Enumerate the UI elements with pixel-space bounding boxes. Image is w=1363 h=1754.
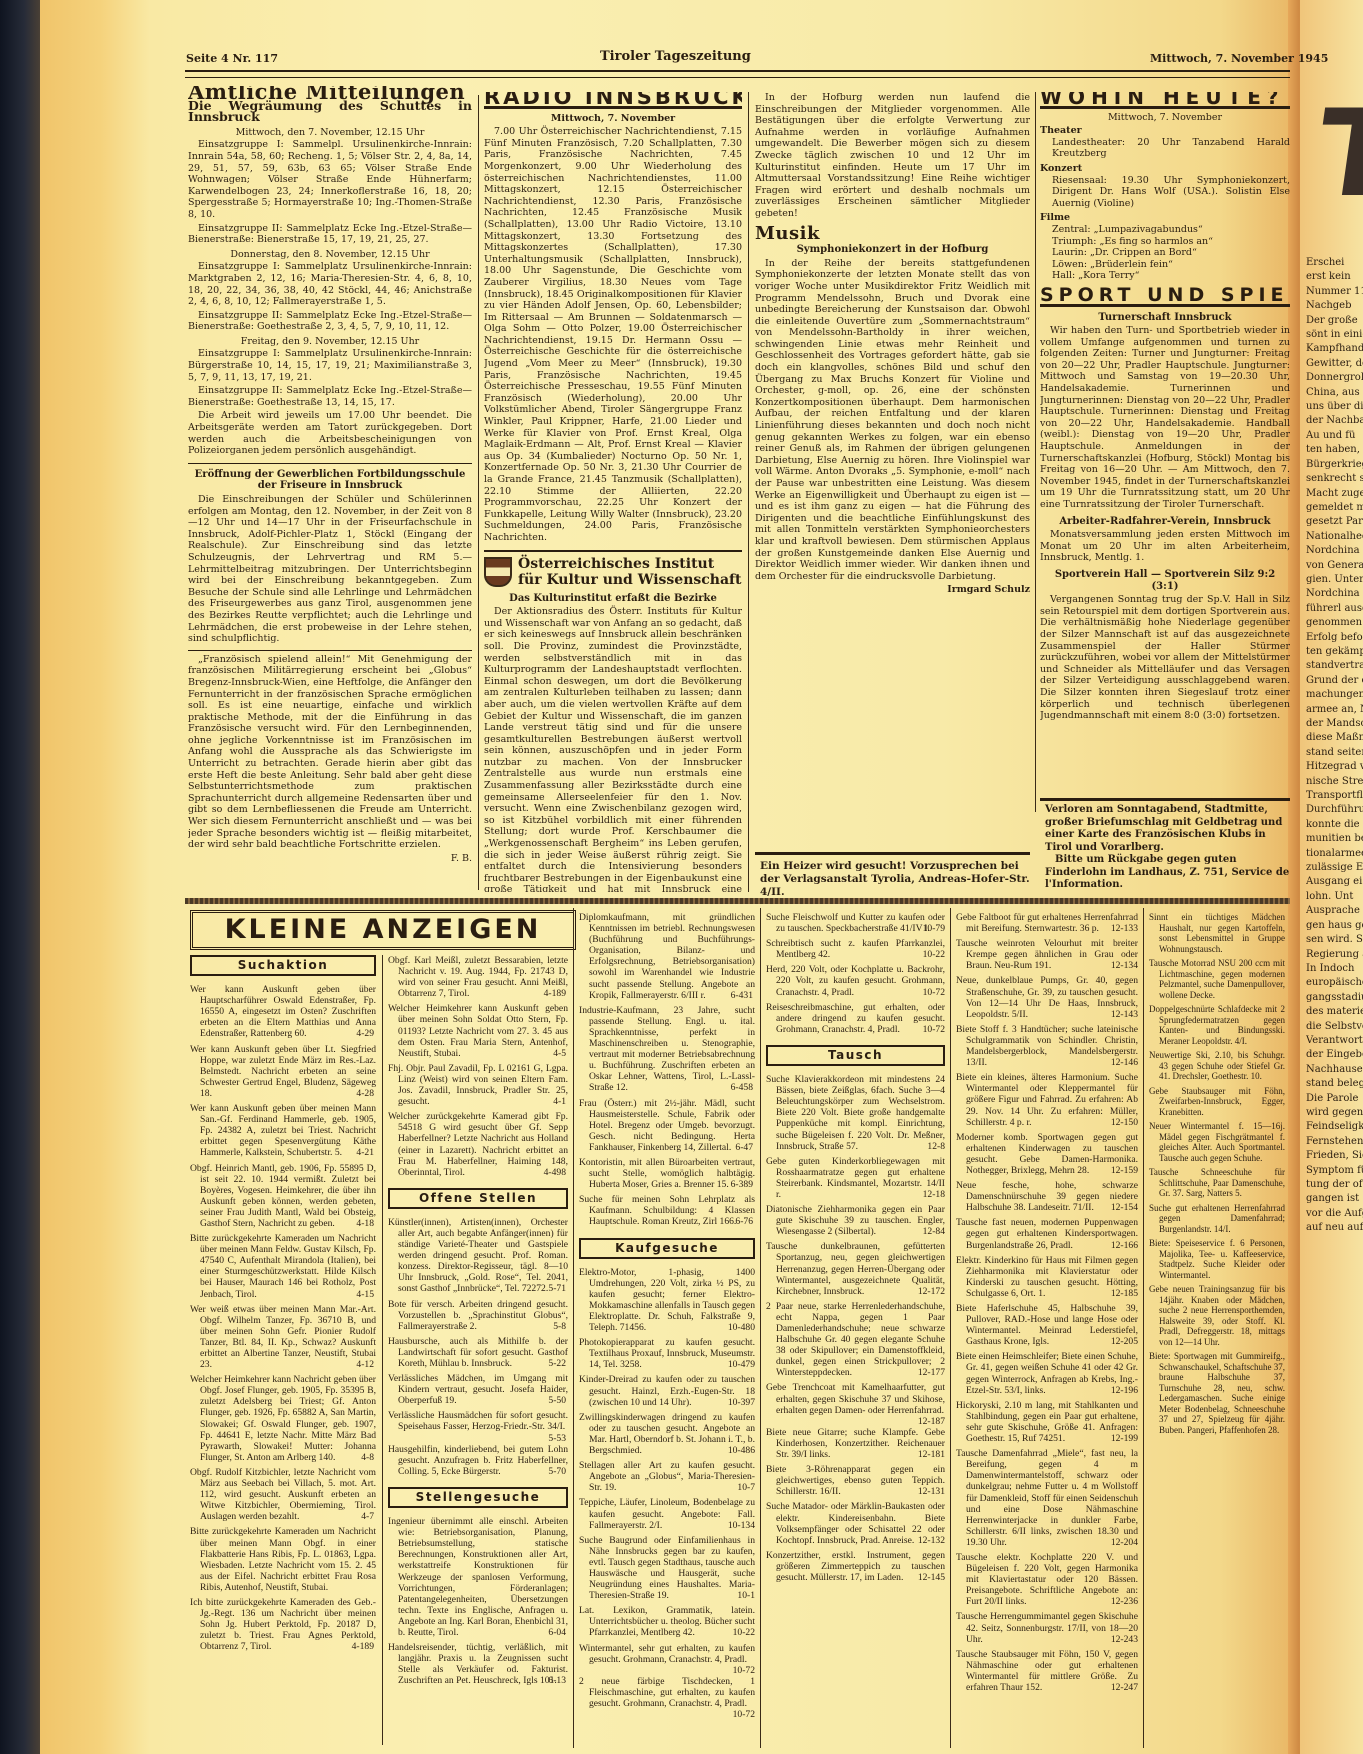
next-page-line: munitien be [1306,832,1363,846]
next-page-line: Ausprache a [1306,904,1363,918]
ad-list: Obgf. Karl Meißl, zuletzt Bessarabien, l… [388,955,568,1182]
ad-text: Welcher zurückgekehrte Kamerad gibt Fp. … [388,1111,568,1177]
next-page-line: der Mandschu [1306,717,1363,731]
column-kultur: In der Hofburg werden nun laufend die Ei… [755,92,1030,842]
header-rule [185,70,1290,78]
classified-ad: Bote für versch. Arbeiten dringend gesuc… [388,1299,568,1332]
ad-text: Wer kann Auskunft geben über Lt. Siegfri… [190,1044,376,1099]
ad-code: 4-28 [366,1088,376,1099]
next-page-line: stand seitens [1306,746,1363,760]
ad-text: Suche Fleischwolf und Kutter zu kaufen o… [766,912,945,934]
ad-code: 10-72 [933,987,945,998]
classified-ad: Obgf. Rudolf Kitzbichler, letzte Nachric… [190,1467,376,1522]
article-paragraph: Der Aktionsradius des Österr. Instituts … [484,606,742,892]
ad-text: 2 Paar neue, starke Herrenlederhandschuh… [766,1301,945,1379]
column-divider [478,95,479,890]
ad-text: Verlässliches Mädchen, im Umgang mit Kin… [388,1373,568,1406]
ad-code: 10-22 [743,1627,755,1638]
next-page-line: wird gegenw [1306,1106,1363,1120]
ad-code: 6-13 [558,1675,568,1686]
ad-code: 6-389 [741,1179,755,1190]
next-page-line: gen haus ge [1306,919,1363,933]
ad-text: Sinnt ein tüchtiges Mädchen Haushalt, nu… [1149,912,1285,954]
column-divider [1035,92,1036,812]
next-page-line: europäische [1306,976,1363,990]
next-page-line: Macht zugeg [1306,487,1363,501]
ad-code: 12-145 [928,1572,945,1583]
ad-list: Elektro-Motor, 1-phasig, 1400 Umdrehunge… [579,1267,755,1721]
article-paragraph: In der Hofburg werden nun laufend die Ei… [755,92,1030,220]
classifieds-col-1: Suchaktion Wer kann Auskunft geben über … [190,955,376,1745]
ad-code: 10-1 [747,1590,755,1601]
ad-code: 5-22 [558,1358,568,1369]
column-divider [1143,908,1144,1748]
ad-code: 4-7 [371,1511,376,1522]
next-page-line: Nordchina ge [1306,544,1363,558]
ad-text: Ingenieur übernimmt alle einschl. Arbeit… [388,1516,568,1638]
classified-ad: Reiseschreibmaschine, gut erhalten, oder… [766,1002,945,1035]
ad-code: 5-71 [558,1283,568,1294]
ad-code: 4-29 [366,1028,376,1039]
ad-code: 5-70 [558,1466,568,1477]
ad-list: Sinnt ein tüchtiges Mädchen Haushalt, nu… [1149,912,1285,1435]
classified-ad: Suche für meinen Sohn Lehrplatz als Kauf… [579,1194,755,1227]
classified-ad: Gebe guten Kinderkorbliegewagen mit Ross… [766,1156,945,1200]
schedule-group: Einsatzgruppe II: Sammelplatz Ecke Ing.-… [188,385,472,408]
next-page-line: Fernstehenden [1306,1135,1363,1149]
classified-ad: Photokopierapparat zu kaufen gesucht. Te… [579,1337,755,1370]
rule [755,852,1030,855]
ad-code: 6-04 [558,1627,568,1638]
film-listing: Laurin: „Dr. Crippen an Bord“ [1052,247,1290,259]
section-title: SPORT UND SPIEL [1040,290,1290,307]
classified-ad: Tausche Damenfahrrad „Miele“, fast neu, … [956,1448,1138,1548]
ad-text: Industrie-Kaufmann, 23 Jahre, sucht pass… [579,1005,755,1094]
column-divider [950,908,951,1748]
next-page-line: erst kein [1306,270,1363,284]
classified-ad: Hickoryski, 2.10 m lang, mit Stahlkanten… [956,1400,1138,1444]
article-signature: F. B. [188,853,472,865]
ad-code: 10-397 [738,1397,755,1408]
classified-ad: Neue, dunkelblaue Pumps, Gr. 40, gegen S… [956,975,1138,1019]
category-title: Kaufgesuche [579,1238,755,1259]
film-listing: Löwen: „Brüderlein fein“ [1052,259,1290,271]
ad-code: 4-498 [554,1167,568,1178]
page-number: Seite 4 Nr. 117 [186,52,278,65]
classifieds-col-5: Gebe Faltboot für gut erhaltenes Herrenf… [956,912,1138,1747]
ad-list: Ingenieur übernimmt alle einschl. Arbeit… [388,1516,568,1690]
schedule-date: Donnerstag, den 8. November, 12.15 Uhr [188,249,472,261]
next-page-line: In Indoch [1306,962,1363,976]
next-page-line: Hitzegrad vo [1306,760,1363,774]
column-radio: RADIO INNSBRUCK Mittwoch, 7. November 7.… [484,92,742,892]
classified-ad: Bitte zurückgekehrte Kameraden um Nachri… [190,1526,376,1593]
ad-list: Wer kann Auskunft geben über Hauptscharf… [190,984,376,1656]
ad-code: 6-47 [745,1142,755,1153]
classified-ad: Biete ein kleines, älteres Harmonium. Su… [956,1072,1138,1127]
next-page-line: sen wird. Se [1306,933,1363,947]
ad-code: 12-199 [1121,1433,1138,1444]
next-page-line: lohn. Unt [1306,890,1363,904]
next-page-line: genommen w [1306,616,1363,630]
ad-text: Wer kann Auskunft geben über Hauptscharf… [190,984,376,1039]
classifieds-col-2: Obgf. Karl Meißl, zuletzt Bessarabien, l… [388,955,568,1745]
classified-ad: Wintermantel, sehr gut erhalten, zu kauf… [579,1643,755,1665]
next-page-line: armee an, N [1306,703,1363,717]
ad-code: 10-480 [738,1322,755,1333]
ad-code: 10-72 [933,1024,945,1035]
listing: Landestheater: 20 Uhr Tanzabend Harald K… [1040,137,1290,160]
ad-text: Verlässliche Hausmädchen für sofort gesu… [388,1410,568,1432]
next-page-line: Kampfhandlu [1306,342,1363,356]
classified-ad: 2 neue färbige Tischdecken, 1 Fleischmas… [579,1676,755,1709]
ad-text: 2 neue färbige Tischdecken, 1 Fleischmas… [579,1676,755,1709]
book-binding [0,0,40,1754]
film-list: Zentral: „Lumpazivagabundus“Triumph: „Es… [1040,224,1290,282]
column-divider [760,908,761,1748]
ad-code: 10-479 [738,1359,755,1370]
classifieds-col-6: Sinnt ein tüchtiges Mädchen Haushalt, nu… [1149,912,1285,1612]
ad-code: 12-159 [1121,1165,1138,1176]
ad-code: 4-189 [554,988,568,999]
classified-ad: Welcher zurückgekehrte Kamerad gibt Fp. … [388,1111,568,1178]
next-page-line: Frieden, Sie [1306,1149,1363,1163]
classified-ad: Frau (Österr.) mit 2½-jähr. Mädl, sucht … [579,1098,755,1153]
classified-ad: Verlässliche Hausmädchen für sofort gesu… [388,1410,568,1432]
next-page-line: Bürgerkrieg [1306,458,1363,472]
ad-text: Fhj. Objr. Paul Zavadil, Fp. L 02161 G, … [388,1063,568,1107]
ad-code: 12-172 [928,1286,945,1297]
article-headline: Die Wegräumung des Schuttes in Innsbruck [188,100,472,123]
section-title: WOHIN HEUTE? [1040,92,1290,109]
ad-code: 12-150 [1121,1117,1138,1128]
article-headline: Eröffnung der Gewerblichen Fortbildungss… [188,469,472,492]
classified-ad: Diatonische Ziehharmonika gegen ein Paar… [766,1204,945,1237]
category-label: Theater [1040,125,1290,137]
ad-text: Gebe Staubsauger mit Föhn, Zweifarben-In… [1149,1086,1285,1117]
schedule-group: Einsatzgruppe I: Sammelpl. Ursulinenkirc… [188,139,472,220]
ad-code: 12-236 [1121,1596,1138,1607]
category-label: Konzert [1040,163,1290,175]
ad-code: 12-243 [1121,1634,1138,1645]
classified-ad: Tausche elektr. Kochplatte 220 V. und Bü… [956,1552,1138,1607]
next-page-line: Nachhause zu [1306,1063,1363,1077]
classified-ad: Elektr. Kinderkino für Haus mit Filmen g… [956,1255,1138,1299]
next-page-line: Nationalheere [1306,530,1363,544]
column-wohin-heute: WOHIN HEUTE? Mittwoch, 7. November Theat… [1040,92,1290,897]
next-page-line: nische Streit [1306,775,1363,789]
ad-text: Bitte zurückgekehrte Kameraden um Nachri… [190,1233,376,1299]
next-page-line: stand beleg [1306,1077,1363,1091]
classified-ad: Suche gut erhaltenen Herrenfahrrad gegen… [1149,1203,1285,1235]
next-page-text: Erscheierst keinNummer 11NachgebDer groß… [1306,256,1363,1236]
next-page-line: Feindseligkei [1306,1120,1363,1134]
next-page-line: zulässige Ei [1306,861,1363,875]
listing-date: Mittwoch, 7. November [1040,112,1290,124]
article-paragraph: In der Reihe der bereits stattgefundenen… [755,258,1030,583]
ad-code: 12-196 [1121,1385,1138,1396]
next-page-line: Die Parole [1306,1092,1363,1106]
ad-text: Welcher Heimkehrer kann Auskunft geben ü… [388,1003,568,1058]
ad-text: Obgf. Karl Meißl, zuletzt Bessarabien, l… [388,955,568,999]
article-signature: Irmgard Schulz [755,584,1030,596]
classified-ad: Biete einen Heimschleifer; Biete einen S… [956,1351,1138,1395]
ad-text: Suche für meinen Sohn Lehrplatz als Kauf… [579,1194,755,1227]
next-page-line: machungen f [1306,688,1363,702]
rule [1040,798,1290,801]
next-page-line: Transportflo [1306,789,1363,803]
ad-code: 12-185 [1121,1288,1138,1299]
classified-ad: Obgf. Karl Meißl, zuletzt Bessarabien, l… [388,955,568,999]
classified-ad: Neue fesche, hohe, schwarze Damenschnürs… [956,1180,1138,1213]
classified-ad: Welcher Heimkehrer kann Nachricht geben … [190,1374,376,1463]
next-page-line: konnte die [1306,818,1363,832]
classifieds-title: KLEINE ANZEIGEN [190,910,576,950]
next-page-line: des materie [1306,1005,1363,1019]
next-page-line: diese Maßnah [1306,731,1363,745]
article-headline: Das Kulturinstitut erfaßt die Bezirke [484,593,742,605]
ad-text: Herd, 220 Volt, oder Kochplatte u. Backr… [766,964,945,997]
ad-code: 4-18 [366,1218,376,1229]
next-page-line: Verantwortu [1306,1034,1363,1048]
next-page-line: Au und fü [1306,429,1363,443]
next-page-line: gemeldet man [1306,501,1363,515]
next-page-line: Erfolg befohle [1306,631,1363,645]
article-paragraph: Monatsversammlung jeden ersten Mittwoch … [1040,529,1290,564]
ad-code: 12-181 [928,1449,945,1460]
ad-text: Tausche Motorrad NSU 200 ccm mit Lichtma… [1149,958,1285,1000]
classified-ad: Ich bitte zurückgekehrte Kameraden des G… [190,1597,376,1652]
next-page-line: führerl ausgei [1306,602,1363,616]
ad-text: Neuer Wintermantel f. 15—16j. Mädel gege… [1149,1121,1285,1163]
institute-title: Österreichisches Institut [518,556,742,572]
ad-code: 12-131 [928,1486,945,1497]
next-page-line: die Selbstve [1306,1020,1363,1034]
ad-text: Bitte zurückgekehrte Kameraden um Nachri… [190,1526,376,1592]
classified-ad: Biete Stoff f. 3 Handtücher; suche latei… [956,1024,1138,1068]
ad-code: 10-72 [743,1709,755,1720]
lost-notice-text: Verloren am Sonntagabend, Stadtmitte, gr… [1045,804,1290,854]
ad-text: Obgf. Rudolf Kitzbichler, letzte Nachric… [190,1467,376,1522]
next-page-line: Der große [1306,314,1363,328]
classified-ad: Hausgehilfin, kinderliebend, bei gutem L… [388,1444,568,1477]
schedule-group: Einsatzgruppe I: Sammelplatz Ursulinenki… [188,261,472,307]
ad-text: Schreibtisch sucht z. kaufen Pfarrkanzle… [766,938,945,960]
listing: Riesensaal: 19.30 Uhr Symphoniekonzert, … [1040,175,1290,210]
ad-list: Diplomkaufmann, mit gründlichen Kenntnis… [579,912,755,1232]
classified-ad: Konzertzither, erstkl. Instrument, gegen… [766,1550,945,1583]
classified-ad: Welcher Heimkehrer kann Auskunft geben ü… [388,1003,568,1058]
classified-ad: Tausche Motorrad NSU 200 ccm mit Lichtma… [1149,958,1285,1000]
next-page-line: gangen ist [1306,1192,1363,1206]
schedule-list: Mittwoch, den 7. November, 12.15 UhrEins… [188,127,472,409]
classified-ad: Lat. Lexikon, Grammatik, latein. Unterri… [579,1605,755,1638]
classified-ad: Hausbursche, auch als Mithilfe b. der La… [388,1336,568,1369]
classified-ad: Doppelgeschnürte Schlafdecke mit 2 Sprun… [1149,1004,1285,1046]
ad-text: Gebe neuen Trainingsanzug für bis 14jähr… [1149,1284,1285,1347]
classified-ad: Biete 3-Röhrenapparat gegen ein gleichwe… [766,1464,945,1497]
ad-text: Reiseschreibmaschine, gut erhalten, oder… [766,1002,945,1035]
ad-code: 12-18 [933,1189,945,1200]
next-page-line: Grund der e [1306,674,1363,688]
ad-text: Frau (Österr.) mit 2½-jähr. Mädl, sucht … [579,1098,755,1153]
ad-list: Suche Klavierakkordeon mit mindestens 24… [766,1074,945,1587]
classified-ad: Biete: Speiseservice f. 6 Personen, Majo… [1149,1238,1285,1280]
classified-ad: Gebe Staubsauger mit Föhn, Zweifarben-In… [1149,1086,1285,1118]
next-page-line: senkrecht sind [1306,472,1363,486]
next-page-line: Symptom fü [1306,1164,1363,1178]
classified-ad: Teppiche, Läufer, Linoleum, Bodenbelage … [579,1497,755,1530]
classified-ad: Biete: Sportwagen mit Gummireifg., Schwa… [1149,1351,1285,1435]
category-title: Stellengesuche [388,1487,568,1508]
category-title: Suchaktion [190,955,376,976]
next-page-line: gesetzt Parte [1306,515,1363,529]
ad-text: Diplomkaufmann, mit gründlichen Kenntnis… [579,912,755,1001]
classified-ad: Industrie-Kaufmann, 23 Jahre, sucht pass… [579,1005,755,1094]
classified-ad: Suche Fleischwolf und Kutter zu kaufen o… [766,912,945,934]
schedule-group: Einsatzgruppe I: Sammelplatz Ursulinenki… [188,348,472,383]
ad-code: 4-12 [366,1359,376,1370]
section-title: Musik [755,228,1030,240]
classified-ad: Kontoristin, mit allen Büroarbeiten vert… [579,1157,755,1190]
classified-ad: Suche Baugrund oder Einfamilienhaus in N… [579,1535,755,1602]
ad-code: 4-15 [366,1289,376,1300]
category-title: Offene Stellen [388,1188,568,1209]
article-headline: Turnerschaft Innsbruck [1040,312,1290,324]
classified-ad: Diplomkaufmann, mit gründlichen Kenntnis… [579,912,755,1001]
ad-code: 4-5 [563,1048,568,1059]
lost-notice: Verloren am Sonntagabend, Stadtmitte, gr… [1045,804,1290,892]
institute-title: für Kultur und Wissenschaft [518,572,742,588]
film-listing: Zentral: „Lumpazivagabundus“ [1052,224,1290,236]
austrian-shield-icon [484,557,512,587]
ad-text: Obgf. Heinrich Mantl, geb. 1906, Fp. 558… [190,1163,376,1229]
ad-code: 12-154 [1121,1202,1138,1213]
classified-ad: Gebe neuen Trainingsanzug für bis 14jähr… [1149,1284,1285,1347]
ad-code: 12-132 [928,1535,945,1546]
schedule-group: Einsatzgruppe II: Sammelplatz Ecke Ing.-… [188,310,472,333]
classified-ad: Herd, 220 Volt, oder Kochplatte u. Backr… [766,964,945,997]
next-page-line: Nachgeb [1306,299,1363,313]
classified-ad: Fhj. Objr. Paul Zavadil, Fp. L 02161 G, … [388,1063,568,1107]
classified-ad: Stellagen aller Art zu kaufen gesucht. A… [579,1460,755,1493]
ad-list: Künstler(innen), Artisten(innen), Orches… [388,1217,568,1481]
classified-ad: Sinnt ein tüchtiges Mädchen Haushalt, nu… [1149,912,1285,954]
classified-ad: Wer kann Auskunft geben über Hauptscharf… [190,984,376,1039]
ad-code: 12-205 [1121,1336,1138,1347]
classified-ad: Tausche weinroten Velourhut mit breiter … [956,938,1138,971]
masthead: Tiroler Tageszeitung [600,49,751,64]
column-divider [382,955,383,1745]
ad-code: 10-486 [738,1445,755,1456]
film-listing: Triumph: „Es fing so harmlos an“ [1052,236,1290,248]
ad-text: Diatonische Ziehharmonika gegen ein Paar… [766,1204,945,1237]
article-paragraph: Vergangenen Sonntag trug der Sp.V. Hall … [1040,594,1290,722]
classified-ad: Kinder-Dreirad zu kaufen oder zu tausche… [579,1374,755,1407]
ad-text: Künstler(innen), Artisten(innen), Orches… [388,1217,568,1295]
ad-code: 10-79 [933,923,945,934]
section-title: Amtliche Mitteilungen [188,86,472,98]
schedule-date: Freitag, den 9. November, 12.15 Uhr [188,336,472,348]
classified-ad: Tausche fast neuen, modernen Puppenwagen… [956,1217,1138,1250]
ad-text: Wintermantel, sehr gut erhalten, zu kauf… [579,1643,755,1665]
next-page-line: von General [1306,559,1363,573]
next-page-line: auf neu auf [1306,1221,1363,1235]
classified-ad: Obgf. Heinrich Mantl, geb. 1906, Fp. 558… [190,1163,376,1230]
classified-ad: Zwillingskinderwagen dringend zu kaufen … [579,1412,755,1456]
classifieds-col-4: Suche Fleischwolf und Kutter zu kaufen o… [766,912,945,1747]
article-paragraph: Die Einschreibungen der Schüler und Schü… [188,494,472,645]
classified-ad: Handelsreisender, tüchtig, verläßlich, m… [388,1642,568,1686]
ad-text: Lat. Lexikon, Grammatik, latein. Unterri… [579,1605,755,1638]
ad-text: Stellagen aller Art zu kaufen gesucht. A… [579,1460,755,1493]
ad-text: Tausche Schneeschuhe für Schlittschuhe, … [1149,1167,1285,1198]
ad-code: 5-50 [558,1395,568,1406]
ad-code: 12-247 [1121,1682,1138,1693]
ad-text: Biete: Speiseservice f. 6 Personen, Majo… [1149,1238,1285,1280]
section-title: RADIO INNSBRUCK [484,92,742,109]
classified-ad: Verlässliches Mädchen, im Umgang mit Kin… [388,1373,568,1406]
ad-text: Suche Baugrund oder Einfamilienhaus in N… [579,1535,755,1601]
ad-code: 4-21 [366,1147,376,1158]
ad-code: 12-133 [1121,923,1138,934]
classified-ad: Tausche dunkelbraunen, gefütterten Sport… [766,1241,945,1296]
next-page-line: standvertrag [1306,659,1363,673]
classified-ad: Neuer Wintermantel f. 15—16j. Mädel gege… [1149,1121,1285,1163]
next-page-line: vor die Aufg [1306,1207,1363,1221]
ad-code: 12-177 [928,1367,945,1378]
ad-text: Ich bitte zurückgekehrte Kameraden des G… [190,1597,376,1652]
ad-code: 12-143 [1121,1009,1138,1020]
ad-code: 10-72 [743,1665,755,1676]
classified-ad: Tausche Herrengummimantel gegen Skischuh… [956,1611,1138,1644]
ad-code: 12-204 [1121,1537,1138,1548]
ad-text: Gebe Trenchcoat mit Kamelhaarfutter, gut… [766,1382,945,1415]
ad-text: Hausgehilfin, kinderliebend, bei gutem L… [388,1444,568,1477]
ad-text: Handelsreisender, tüchtig, verläßlich, m… [388,1642,568,1686]
next-page-line: ten gekämpft [1306,645,1363,659]
issue-date: Mittwoch, 7. November 1945 [1150,52,1328,65]
classified-ad: Tausche Schneeschuhe für Schlittschuhe, … [1149,1167,1285,1199]
next-page-line: uns über die [1306,400,1363,414]
next-page-line: Nummer 11 [1306,285,1363,299]
next-page-line: der Nachbar [1306,414,1363,428]
column-amtliche-mitteilungen: Amtliche Mitteilungen Die Wegräumung des… [188,86,472,891]
next-page-line: Donnergrolle [1306,371,1363,385]
next-page-line: gangsstadium [1306,991,1363,1005]
article-headline: Sportverein Hall — Sportverein Silz 9:2 … [1040,569,1290,592]
next-page-line: Erschei [1306,256,1363,270]
ad-text: Kontoristin, mit allen Büroarbeiten vert… [579,1157,755,1190]
ad-code: 10-7 [747,1482,755,1493]
ad-text: Suche Klavierakkordeon mit mindestens 24… [766,1074,945,1152]
next-page-line: ten haben, v [1306,443,1363,457]
lost-notice-return: Bitte um Rückgabe gegen guten Finderlohn… [1045,854,1290,892]
ad-code: 10-134 [738,1520,755,1531]
ad-text: Hausbursche, auch als Mithilfe b. der La… [388,1336,568,1369]
classified-ad: Ingenieur übernimmt alle einschl. Arbeit… [388,1516,568,1638]
next-page-line: tung der oft [1306,1178,1363,1192]
ad-code: 12-134 [1121,960,1138,971]
ad-text: Suche gut erhaltenen Herrenfahrrad gegen… [1149,1203,1285,1234]
ad-text: Welcher Heimkehrer kann Nachricht geben … [190,1374,376,1463]
ad-text: Doppelgeschnürte Schlafdecke mit 2 Sprun… [1149,1004,1285,1046]
article-paragraph: Die Arbeit wird jeweils um 17.00 Uhr bee… [188,410,472,456]
classified-ad: Künstler(innen), Artisten(innen), Orches… [388,1217,568,1295]
article-headline: Arbeiter-Radfahrer-Verein, Innsbruck [1040,516,1290,528]
ad-code: 4-8 [371,1452,376,1463]
classified-ad: Elektro-Motor, 1-phasig, 1400 Umdrehunge… [579,1267,755,1334]
